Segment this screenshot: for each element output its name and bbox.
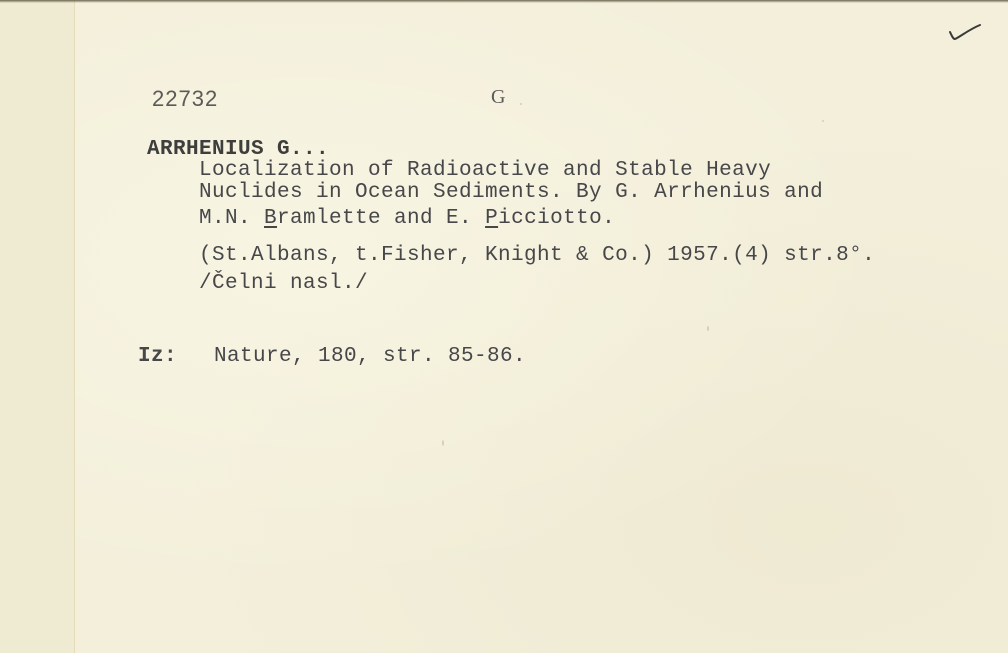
title-line-2: Nuclides in Ocean Sediments. By G. Arrhe… (199, 181, 823, 204)
source-label: Iz: (138, 345, 177, 368)
authors-prefix: M.N. (199, 207, 264, 230)
authors-mid: ramlette and E. (277, 207, 485, 230)
title-line-1: Localization of Radioactive and Stable H… (199, 159, 771, 182)
title-note: /Čelni nasl./ (199, 272, 368, 295)
imprint-line: (St.Albans, t.Fisher, Knight & Co.) 1957… (199, 244, 875, 267)
author-heading: ARRHENIUS G... (147, 138, 329, 161)
margin-fold-line (74, 0, 75, 653)
source-citation: Nature, 180, str. 85-86. (214, 345, 526, 368)
check-mark-icon (948, 22, 982, 44)
paper-speck (707, 326, 709, 331)
authors-line: M.N. Bramlette and E. Picciotto. (199, 207, 615, 230)
call-number: 22732 (152, 86, 218, 112)
card-top-edge (0, 0, 1008, 3)
paper-speck (442, 440, 444, 446)
authors-end: icciotto. (498, 207, 615, 230)
catalog-card: 22732 G ARRHENIUS G... Localization of R… (0, 0, 1008, 653)
underlined-initial-b: B (264, 207, 277, 230)
paper-speck (822, 120, 824, 122)
card-left-margin (0, 0, 74, 653)
shelf-mark: G (491, 86, 506, 109)
paper-speck (520, 103, 522, 105)
underlined-initial-p: P (485, 207, 498, 230)
